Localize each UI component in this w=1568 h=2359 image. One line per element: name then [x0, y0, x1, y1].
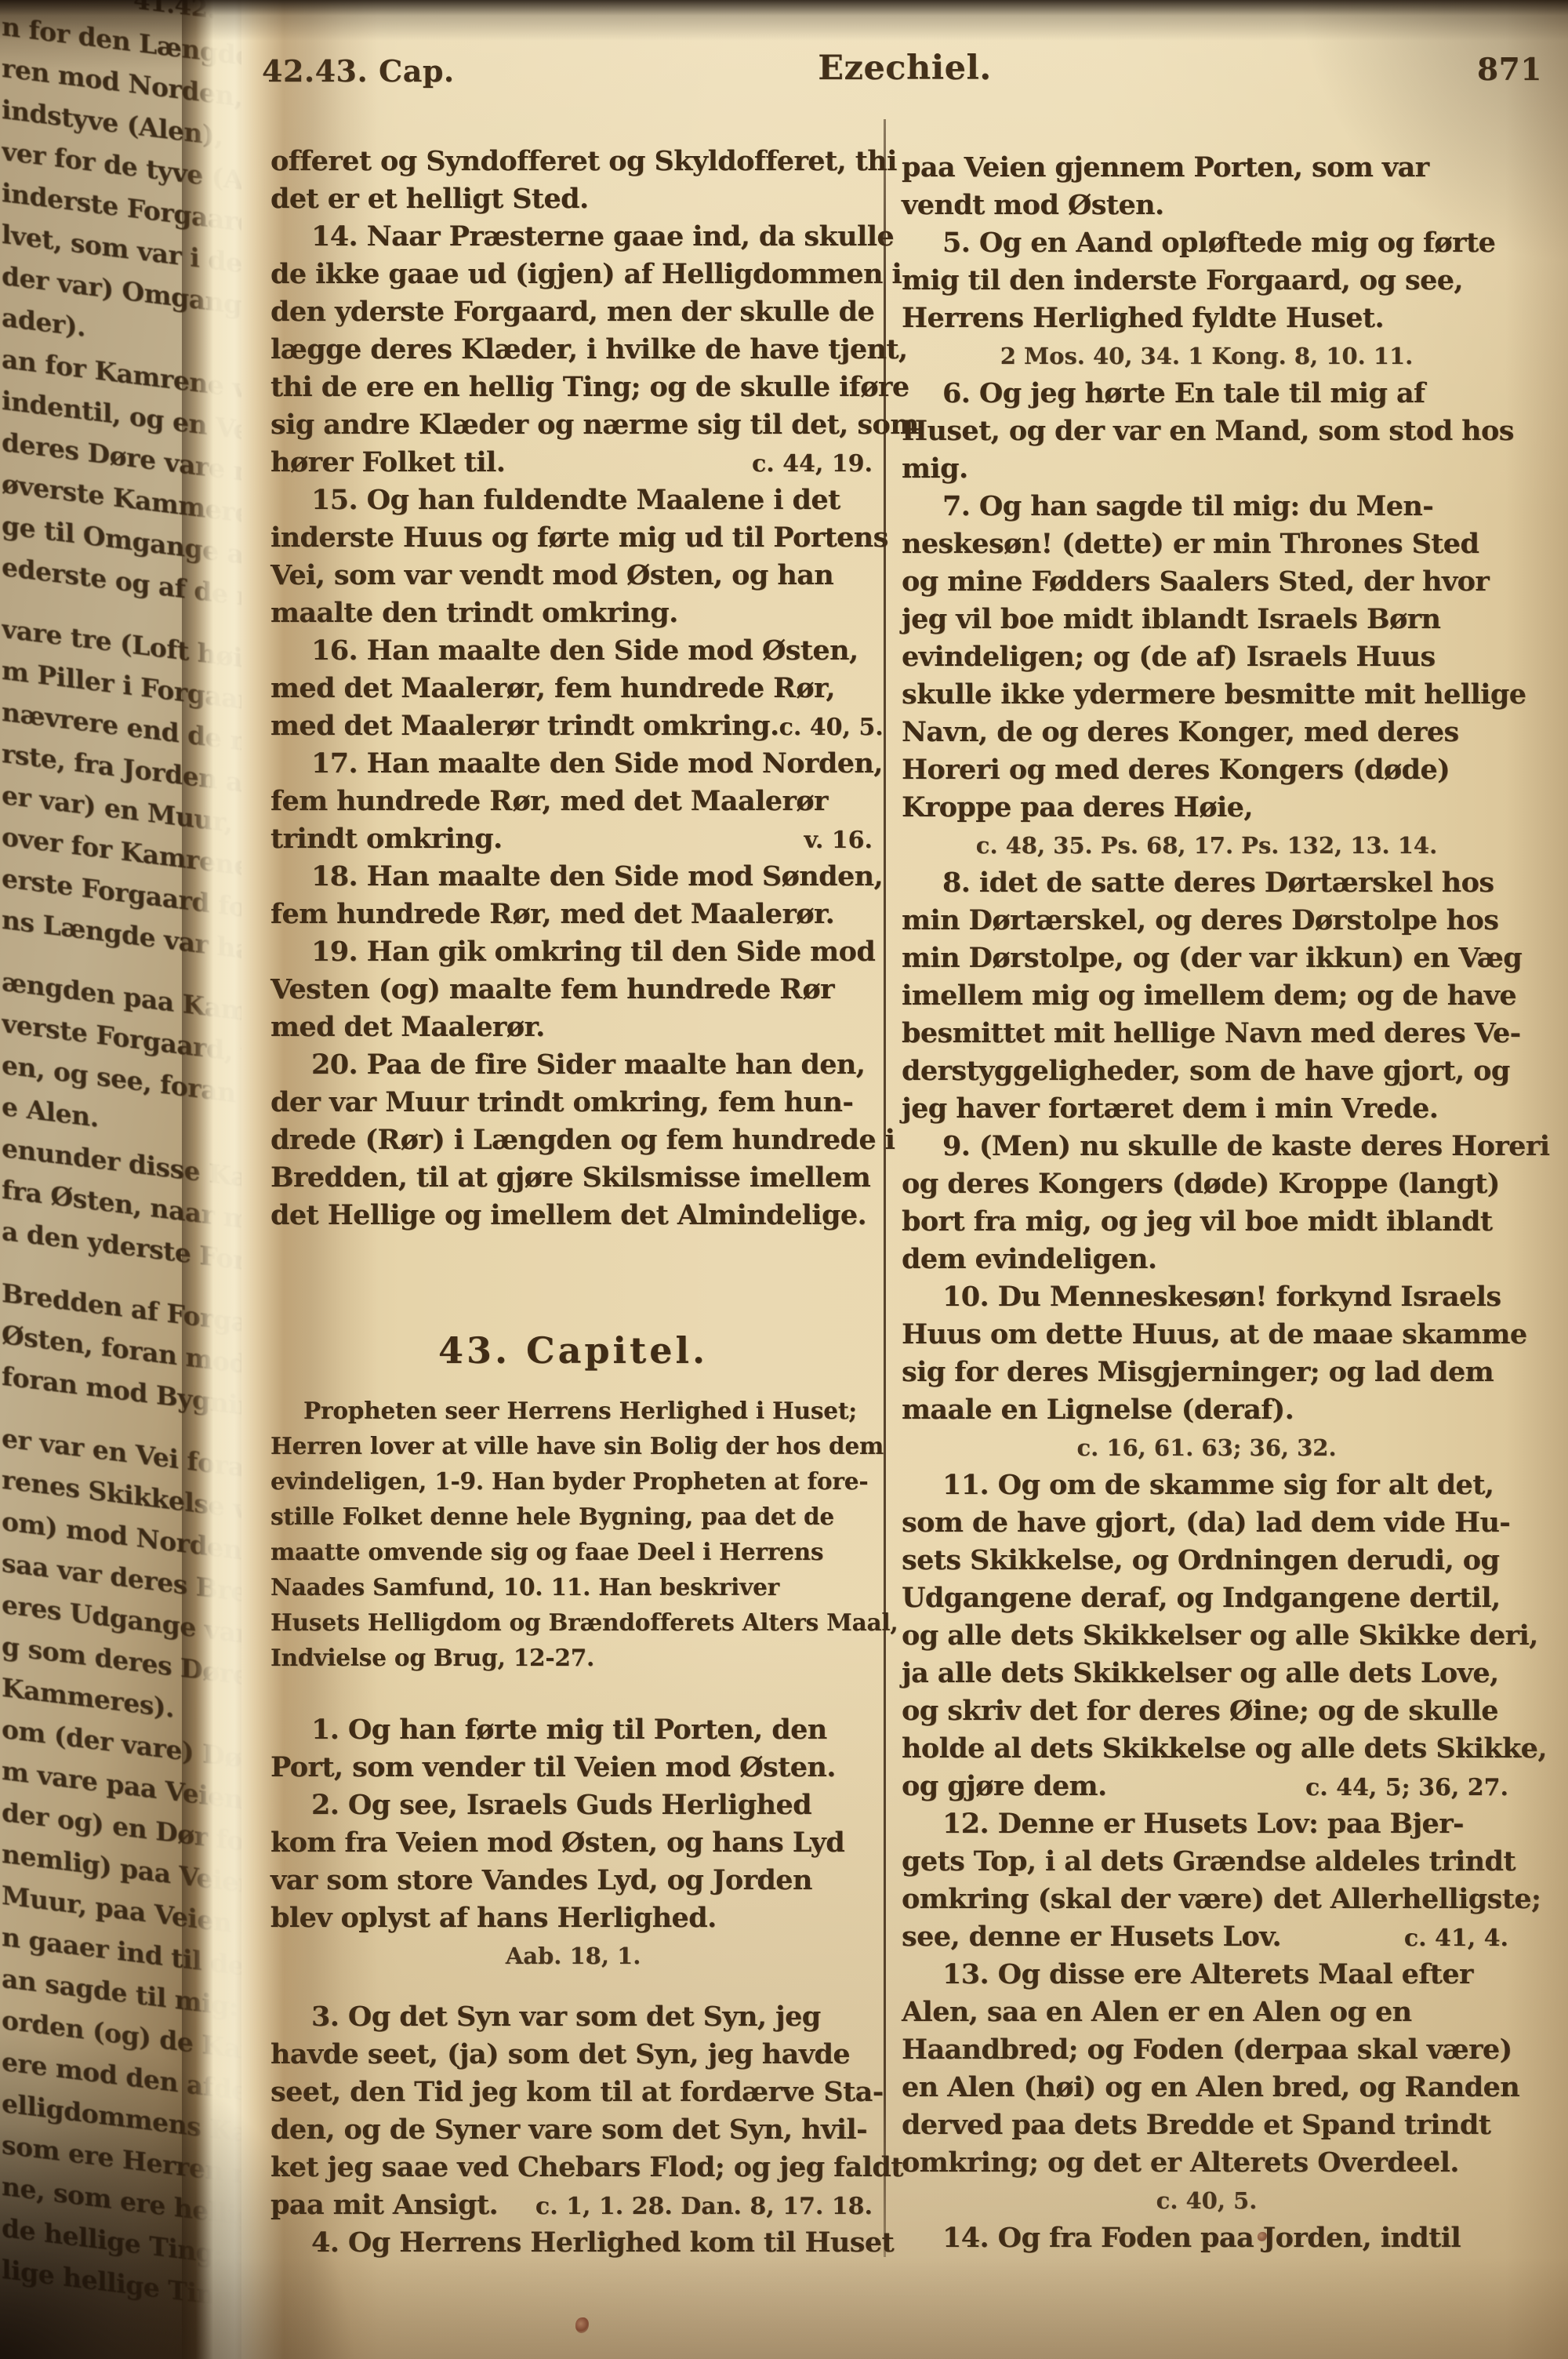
verse-text: see, denne er Husets Lov. — [902, 1918, 1281, 1956]
verse-text-line: 1. Og han førte mig til Porten, den — [270, 1711, 876, 1749]
verse-text-line: 19. Han gik omkring til den Side mod — [270, 933, 876, 971]
verse-text-line: Bredden, til at gjøre Skilsmisse imellem — [270, 1159, 876, 1197]
verse-text-line: sets Skikkelse, og Ordningen derudi, og — [902, 1542, 1512, 1579]
right-column: paa Veien gjennem Porten, som varvendt m… — [902, 149, 1512, 2257]
verse-text-line: 4. Og Herrens Herlighed kom til Huset — [270, 2224, 876, 2262]
verse-text-line: fem hundrede Rør, med det Maalerør. — [270, 896, 876, 933]
verse-text-line: Huset, og der var en Mand, som stod hos — [902, 413, 1512, 450]
verse-text-line: Kroppe paa deres Høie, — [902, 789, 1512, 827]
verse-text-line: den, og de Syner vare som det Syn, hvil- — [270, 2111, 876, 2149]
verse-text-line: var som store Vandes Lyd, og Jorden — [270, 1862, 876, 1899]
chapter-summary-line: Naades Samfund, 10. 11. Han beskriver — [270, 1569, 876, 1605]
verse-text-line: 8. idet de satte deres Dørtærskel hos — [902, 864, 1512, 902]
verse-text-line: Port, som vender til Veien mod Østen. — [270, 1749, 876, 1787]
verse-text-line: maale en Lignelse (deraf). — [902, 1391, 1512, 1429]
verse-text-line: en Alen (høi) og en Alen bred, og Randen — [902, 2069, 1512, 2106]
verse-text-line: bort fra mig, og jeg vil boe midt ibland… — [902, 1203, 1512, 1241]
verse-text-line: inderste Huus og førte mig ud til Porten… — [270, 519, 876, 557]
verse-text-line: med det Maalerør trindt omkring.c. 40, 5… — [270, 707, 876, 745]
inline-cross-reference: c. 41, 4. — [1404, 1920, 1512, 1957]
column-gap — [270, 1975, 876, 1998]
chapter-summary-line: stille Folket denne hele Bygning, paa de… — [270, 1499, 876, 1534]
verse-text-line: jeg haver fortæret dem i min Vrede. — [902, 1090, 1512, 1128]
verse-text-line: 16. Han maalte den Side mod Østen, — [270, 632, 876, 670]
chapter-heading: 43. Capitel. — [270, 1327, 876, 1374]
verse-text-line: og mine Fødders Saalers Sted, der hvor — [902, 563, 1512, 601]
verse-text-line: 10. Du Menneskesøn! forkynd Israels — [902, 1278, 1512, 1316]
verse-text-line: 3. Og det Syn var som det Syn, jeg — [270, 1998, 876, 2036]
verse-text-line: Haandbred; og Foden (derpaa skal være) — [902, 2031, 1512, 2069]
verse-text-line: og deres Kongers (døde) Kroppe (langt) — [902, 1165, 1512, 1203]
verse-text-line: med det Maalerør. — [270, 1009, 876, 1046]
verse-text-line: neskesøn! (dette) er min Thrones Sted — [902, 525, 1512, 563]
verse-text-line: sig andre Klæder og nærme sig til det, s… — [270, 406, 876, 444]
verse-text-line: evindeligen; og (de af) Israels Huus — [902, 638, 1512, 676]
verse-text-line: seet, den Tid jeg kom til at fordærve St… — [270, 2074, 876, 2111]
verse-text: og gjøre dem. — [902, 1768, 1107, 1805]
inline-cross-reference: c. 44, 19. — [752, 445, 876, 483]
verse-text-line: besmittet mit hellige Navn med deres Ve- — [902, 1015, 1512, 1052]
verse-text: paa mit Ansigt. — [270, 2186, 498, 2224]
verse-text-line: Horeri og med deres Kongers (døde) — [902, 751, 1512, 789]
verse-text-line: dem evindeligen. — [902, 1241, 1512, 1278]
verse-text-line: som de have gjort, (da) lad dem vide Hu- — [902, 1504, 1512, 1542]
verse-text-line: de ikke gaae ud (igjen) af Helligdommen … — [270, 256, 876, 293]
verse-text-line: og alle dets Skikkelser og alle Skikke d… — [902, 1617, 1512, 1655]
verse-text-line: 9. (Men) nu skulle de kaste deres Horeri — [902, 1128, 1512, 1165]
verse-text-line: sig for deres Misgjerninger; og lad dem — [902, 1354, 1512, 1391]
header-page-number: 871 — [1477, 52, 1542, 88]
verse-text-line: Vei, som var vendt mod Østen, og han — [270, 557, 876, 594]
chapter-summary-line: Husets Helligdom og Brændofferets Alters… — [270, 1605, 876, 1640]
verse-text-line: skulle ikke ydermere besmitte mit hellig… — [902, 676, 1512, 714]
verse-text-line: jeg vil boe midt iblandt Israels Børn — [902, 601, 1512, 638]
inline-cross-reference: c. 1, 1. 28. Dan. 8, 17. 18. — [535, 2188, 876, 2226]
inline-cross-reference: v. 16. — [804, 822, 877, 860]
verse-text-line: 6. Og jeg hørte En tale til mig af — [902, 375, 1512, 413]
verse-text-line: 2. Og see, Israels Guds Herlighed — [270, 1787, 876, 1824]
inline-cross-reference: c. 40, 5. — [779, 709, 887, 747]
verse-text-line: Herrens Herlighed fyldte Huset. — [902, 300, 1512, 337]
verse-text-line: 14. Naar Præsterne gaae ind, da skulle — [270, 218, 876, 256]
verse-text-line: lægge deres Klæder, i hvilke de have tje… — [270, 331, 876, 369]
verse-text-line: Alen, saa en Alen er en Alen og en — [902, 1994, 1512, 2031]
book-photo: 41.42.n for den Længde afren mod Norden,… — [0, 0, 1568, 2359]
verse-text-line: paa Veien gjennem Porten, som var — [902, 149, 1512, 187]
verse-text-line: mig til den inderste Forgaard, og see, — [902, 262, 1512, 300]
verse-text-line: der var Muur trindt omkring, fem hun- — [270, 1084, 876, 1121]
chapter-summary-line: maatte omvende sig og faae Deel i Herren… — [270, 1534, 876, 1569]
chapter-summary-line: Propheten seer Herrens Herlighed i Huset… — [270, 1393, 876, 1428]
verse-text-line: 5. Og en Aand opløftede mig og førte — [902, 224, 1512, 262]
verse-text: trindt omkring. — [270, 820, 503, 858]
verse-text-line: paa mit Ansigt.c. 1, 1. 28. Dan. 8, 17. … — [270, 2186, 876, 2224]
inline-cross-reference: c. 44, 5; 36, 27. — [1305, 1769, 1512, 1807]
cross-reference-line: Aab. 18, 1. — [270, 1937, 876, 1975]
cross-reference-line: 2 Mos. 40, 34. 1 Kong. 8, 10. 11. — [902, 337, 1512, 375]
column-gap — [270, 1374, 876, 1393]
verse-text: hører Folket til. — [270, 444, 505, 482]
verse-text-line: det Hellige og imellem det Almindelige. — [270, 1197, 876, 1234]
chapter-summary-line: evindeligen, 1-9. Han byder Propheten at… — [270, 1463, 876, 1499]
chapter-summary-line: Herren lover at ville have sin Bolig der… — [270, 1428, 876, 1463]
verse-text-line: ket jeg saae ved Chebars Flod; og jeg fa… — [270, 2149, 876, 2186]
verse-text-line: 17. Han maalte den Side mod Norden, — [270, 745, 876, 783]
verse-text-line: 11. Og om de skamme sig for alt det, — [902, 1467, 1512, 1504]
verse-text-line: omkring (skal der være) det Allerhelligs… — [902, 1881, 1512, 1918]
cross-reference-line: c. 40, 5. — [902, 2182, 1512, 2219]
verse-text-line: maalte den trindt omkring. — [270, 594, 876, 632]
left-column: offeret og Syndofferet og Skyldofferet, … — [270, 143, 876, 2262]
verse-text-line: havde seet, (ja) som det Syn, jeg havde — [270, 2036, 876, 2074]
verse-text-line: min Dørstolpe, og (der var ikkun) en Væg — [902, 940, 1512, 977]
verse-text-line: hører Folket til.c. 44, 19. — [270, 444, 876, 482]
chapter-summary-line: Indvielse og Brug, 12-27. — [270, 1640, 876, 1675]
verse-text-line: Huus om dette Huus, at de maae skamme — [902, 1316, 1512, 1354]
verse-text-line: gets Top, i al dets Grændse aldeles trin… — [902, 1843, 1512, 1881]
verse-text-line: trindt omkring.v. 16. — [270, 820, 876, 858]
previous-page-text: 41.42.n for den Længde afren mod Norden,… — [2, 0, 241, 2321]
verse-text-line: fem hundrede Rør, med det Maalerør — [270, 783, 876, 820]
verse-text-line: med det Maalerør, fem hundrede Rør, — [270, 670, 876, 707]
verse-text-line: 13. Og disse ere Alterets Maal efter — [902, 1956, 1512, 1994]
header-book-title: Ezechiel. — [818, 49, 992, 88]
verse-text-line: det er et helligt Sted. — [270, 180, 876, 218]
cross-reference-line: c. 48, 35. Ps. 68, 17. Ps. 132, 13. 14. — [902, 827, 1512, 864]
verse-text-line: vendt mod Østen. — [902, 187, 1512, 224]
verse-text-line: 18. Han maalte den Side mod Sønden, — [270, 858, 876, 896]
verse-text-line: kom fra Veien mod Østen, og hans Lyd — [270, 1824, 876, 1862]
verse-text-line: holde al dets Skikkelse og alle dets Ski… — [902, 1730, 1512, 1768]
previous-page-edge: 41.42.n for den Længde afren mod Norden,… — [0, 0, 241, 2359]
verse-text-line: Udgangene deraf, og Indgangene dertil, — [902, 1579, 1512, 1617]
verse-text-line: den yderste Forgaard, men der skulle de — [270, 293, 876, 331]
verse-text-line: og gjøre dem.c. 44, 5; 36, 27. — [902, 1768, 1512, 1805]
verse-text-line: see, denne er Husets Lov.c. 41, 4. — [902, 1918, 1512, 1956]
verse-text-line: 7. Og han sagde til mig: du Men- — [902, 488, 1512, 525]
verse-text-line: derstyggeligheder, som de have gjort, og — [902, 1052, 1512, 1090]
verse-text-line: 15. Og han fuldendte Maalene i det — [270, 482, 876, 519]
verse-text-line: 12. Denne er Husets Lov: paa Bjer- — [902, 1805, 1512, 1843]
verse-text-line: mig. — [902, 450, 1512, 488]
verse-text-line: 20. Paa de fire Sider maalte han den, — [270, 1046, 876, 1084]
verse-text-line: offeret og Syndofferet og Skyldofferet, … — [270, 143, 876, 180]
column-gap — [270, 1675, 876, 1711]
verse-text-line: omkring; og det er Alterets Overdeel. — [902, 2144, 1512, 2182]
verse-text-line: blev oplyst af hans Herlighed. — [270, 1899, 876, 1937]
verse-text-line: derved paa dets Bredde et Spand trindt — [902, 2106, 1512, 2144]
verse-text-line: thi de ere en hellig Ting; og de skulle … — [270, 369, 876, 406]
header-chapter-range: 42.43. Cap. — [262, 53, 455, 89]
verse-text-line: og skriv det for deres Øine; og de skull… — [902, 1692, 1512, 1730]
verse-text-line: imellem mig og imellem dem; og de have — [902, 977, 1512, 1015]
verse-text-line: min Dørtærskel, og deres Dørstolpe hos — [902, 902, 1512, 940]
verse-text-line: 14. Og fra Foden paa Jorden, indtil — [902, 2219, 1512, 2257]
verse-text-line: drede (Rør) i Længden og fem hundrede i — [270, 1121, 876, 1159]
verse-text-line: Navn, de og deres Konger, med deres — [902, 714, 1512, 751]
verse-text-line: ja alle dets Skikkelser og alle dets Lov… — [902, 1655, 1512, 1692]
verse-text: med det Maalerør trindt omkring. — [270, 707, 779, 745]
cross-reference-line: c. 16, 61. 63; 36, 32. — [902, 1429, 1512, 1467]
verse-text-line: Vesten (og) maalte fem hundrede Rør — [270, 971, 876, 1009]
column-gap — [270, 1234, 876, 1327]
